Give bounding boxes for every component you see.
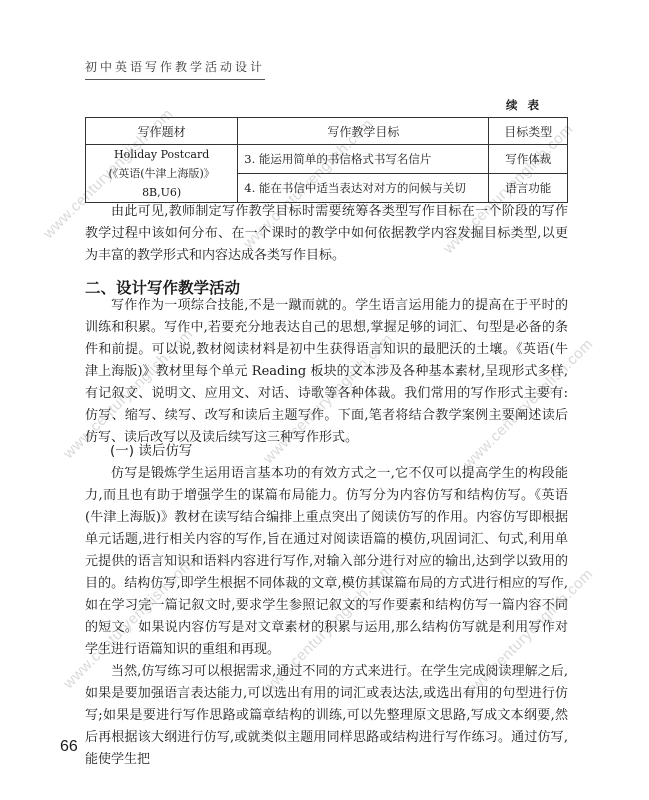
topic-cell: Holiday Postcard (《英语(牛津上海版)》8B,U6)	[86, 145, 238, 203]
paragraph: 由此可见,教师制定写作教学目标时需要统筹各类型写作目标在一个阶段的写作教学过程中…	[85, 201, 568, 267]
paragraph-block-2: 写作作为一项综合技能,不是一蹴而就的。学生语言运用能力的提高在于平时的训练和积累…	[85, 295, 568, 449]
type-cell: 写作体裁	[489, 145, 568, 174]
writing-goals-table: 写作题材 写作教学目标 目标类型 Holiday Postcard (《英语(牛…	[85, 117, 568, 203]
paragraph: 当然,仿写练习可以根据需求,通过不同的方式来进行。在学生完成阅读理解之后,如果是…	[85, 661, 568, 771]
table-caption: 续表	[506, 97, 549, 113]
table-row: Holiday Postcard (《英语(牛津上海版)》8B,U6) 3. 能…	[86, 145, 568, 174]
header-goal: 写作教学目标	[238, 118, 489, 145]
header-type: 目标类型	[489, 118, 568, 145]
table-header-row: 写作题材 写作教学目标 目标类型	[86, 118, 568, 145]
goal-cell: 3. 能运用简单的书信格式书写名信片	[238, 145, 489, 174]
goal-cell: 4. 能在书信中适当表达对对方的问候与关切	[238, 174, 489, 203]
paragraph: 写作作为一项综合技能,不是一蹴而就的。学生语言运用能力的提高在于平时的训练和积累…	[85, 295, 568, 449]
paragraph-block-3: 仿写是锻炼学生运用语言基本功的有效方式之一,它不仅可以提高学生的构段能力,而且也…	[85, 463, 568, 771]
subsection-heading: (一) 读后仿写	[110, 439, 192, 459]
paragraph: 仿写是锻炼学生运用语言基本功的有效方式之一,它不仅可以提高学生的构段能力,而且也…	[85, 463, 568, 661]
page-number: 66	[60, 738, 78, 756]
type-cell: 语言功能	[489, 174, 568, 203]
topic-title: Holiday Postcard	[92, 145, 231, 164]
running-header: 初中英语写作教学活动设计	[85, 58, 265, 80]
paragraph-block-1: 由此可见,教师制定写作教学目标时需要统筹各类型写作目标在一个阶段的写作教学过程中…	[85, 201, 568, 267]
header-topic: 写作题材	[86, 118, 238, 145]
topic-source: (《英语(牛津上海版)》8B,U6)	[92, 164, 231, 202]
